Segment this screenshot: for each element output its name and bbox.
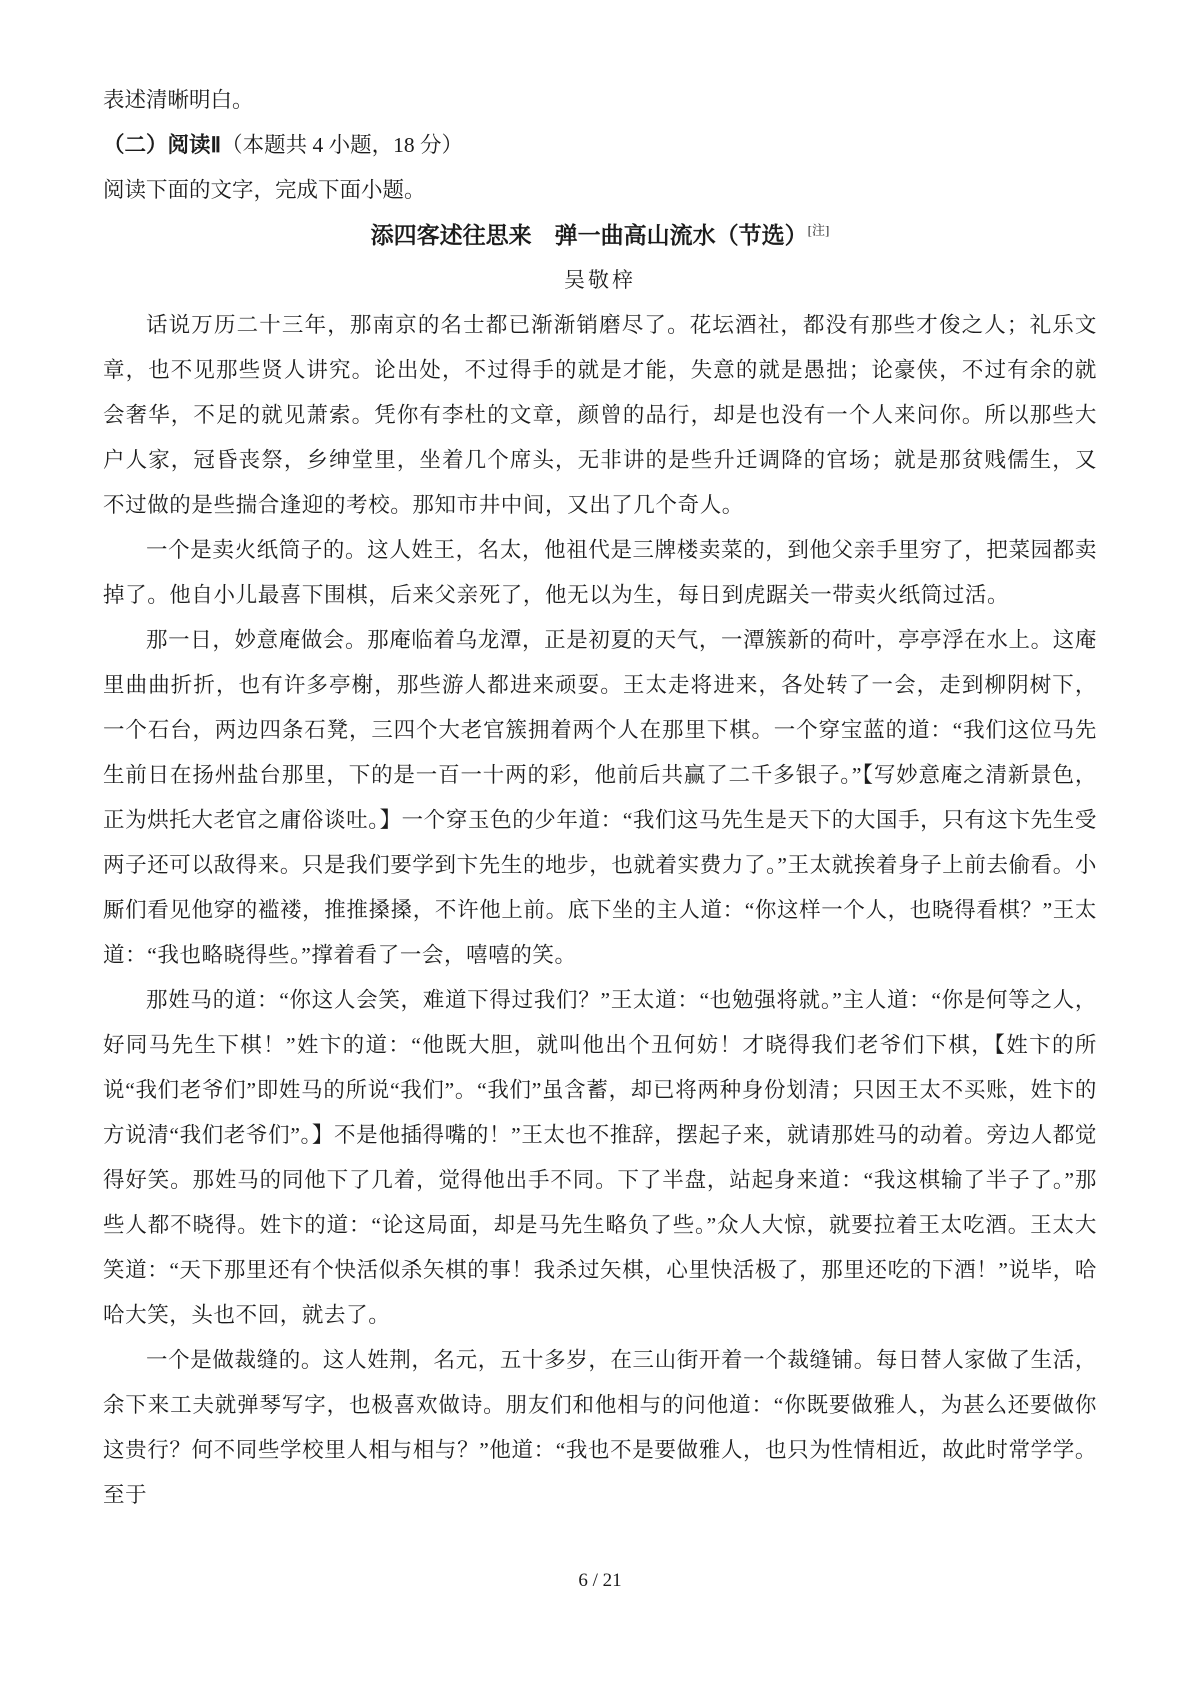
section-meta: （本题共 4 小题，18 分）: [221, 133, 463, 157]
page-number: 6 / 21: [0, 1558, 1200, 1603]
instruction-text: 阅读下面的文字，完成下面小题。: [103, 168, 1097, 213]
passage-paragraph-4: 那姓马的道：“你这人会笑，难道下得过我们？”王太道：“也勉强将就。”主人道：“你…: [103, 978, 1097, 1338]
passage-paragraph-5: 一个是做裁缝的。这人姓荆，名元，五十多岁，在三山街开着一个裁缝铺。每日替人家做了…: [103, 1338, 1097, 1518]
passage-paragraph-3: 那一日，妙意庵做会。那庵临着乌龙潭，正是初夏的天气，一潭簇新的荷叶，亭亭浮在水上…: [103, 618, 1097, 978]
passage-author: 吴敬梓: [103, 258, 1097, 303]
passage-paragraph-1: 话说万历二十三年，那南京的名士都已渐渐销磨尽了。花坛酒社，都没有那些才俊之人；礼…: [103, 303, 1097, 528]
section-heading: （二）阅读Ⅱ（本题共 4 小题，18 分）: [103, 123, 1097, 168]
document-page: 表述清晰明白。 （二）阅读Ⅱ（本题共 4 小题，18 分） 阅读下面的文字，完成…: [0, 0, 1200, 1518]
carryover-text: 表述清晰明白。: [103, 78, 1097, 123]
passage-title-text: 添四客述往思来 弹一曲高山流水（节选）: [371, 223, 808, 248]
section-title: 阅读Ⅱ: [168, 133, 222, 157]
passage-paragraph-2: 一个是卖火纸筒子的。这人姓王，名太，他祖代是三牌楼卖菜的，到他父亲手里穷了，把菜…: [103, 528, 1097, 618]
footnote-marker: [注]: [808, 222, 830, 237]
passage-title: 添四客述往思来 弹一曲高山流水（节选）[注]: [103, 213, 1097, 258]
section-number: （二）: [103, 133, 168, 157]
